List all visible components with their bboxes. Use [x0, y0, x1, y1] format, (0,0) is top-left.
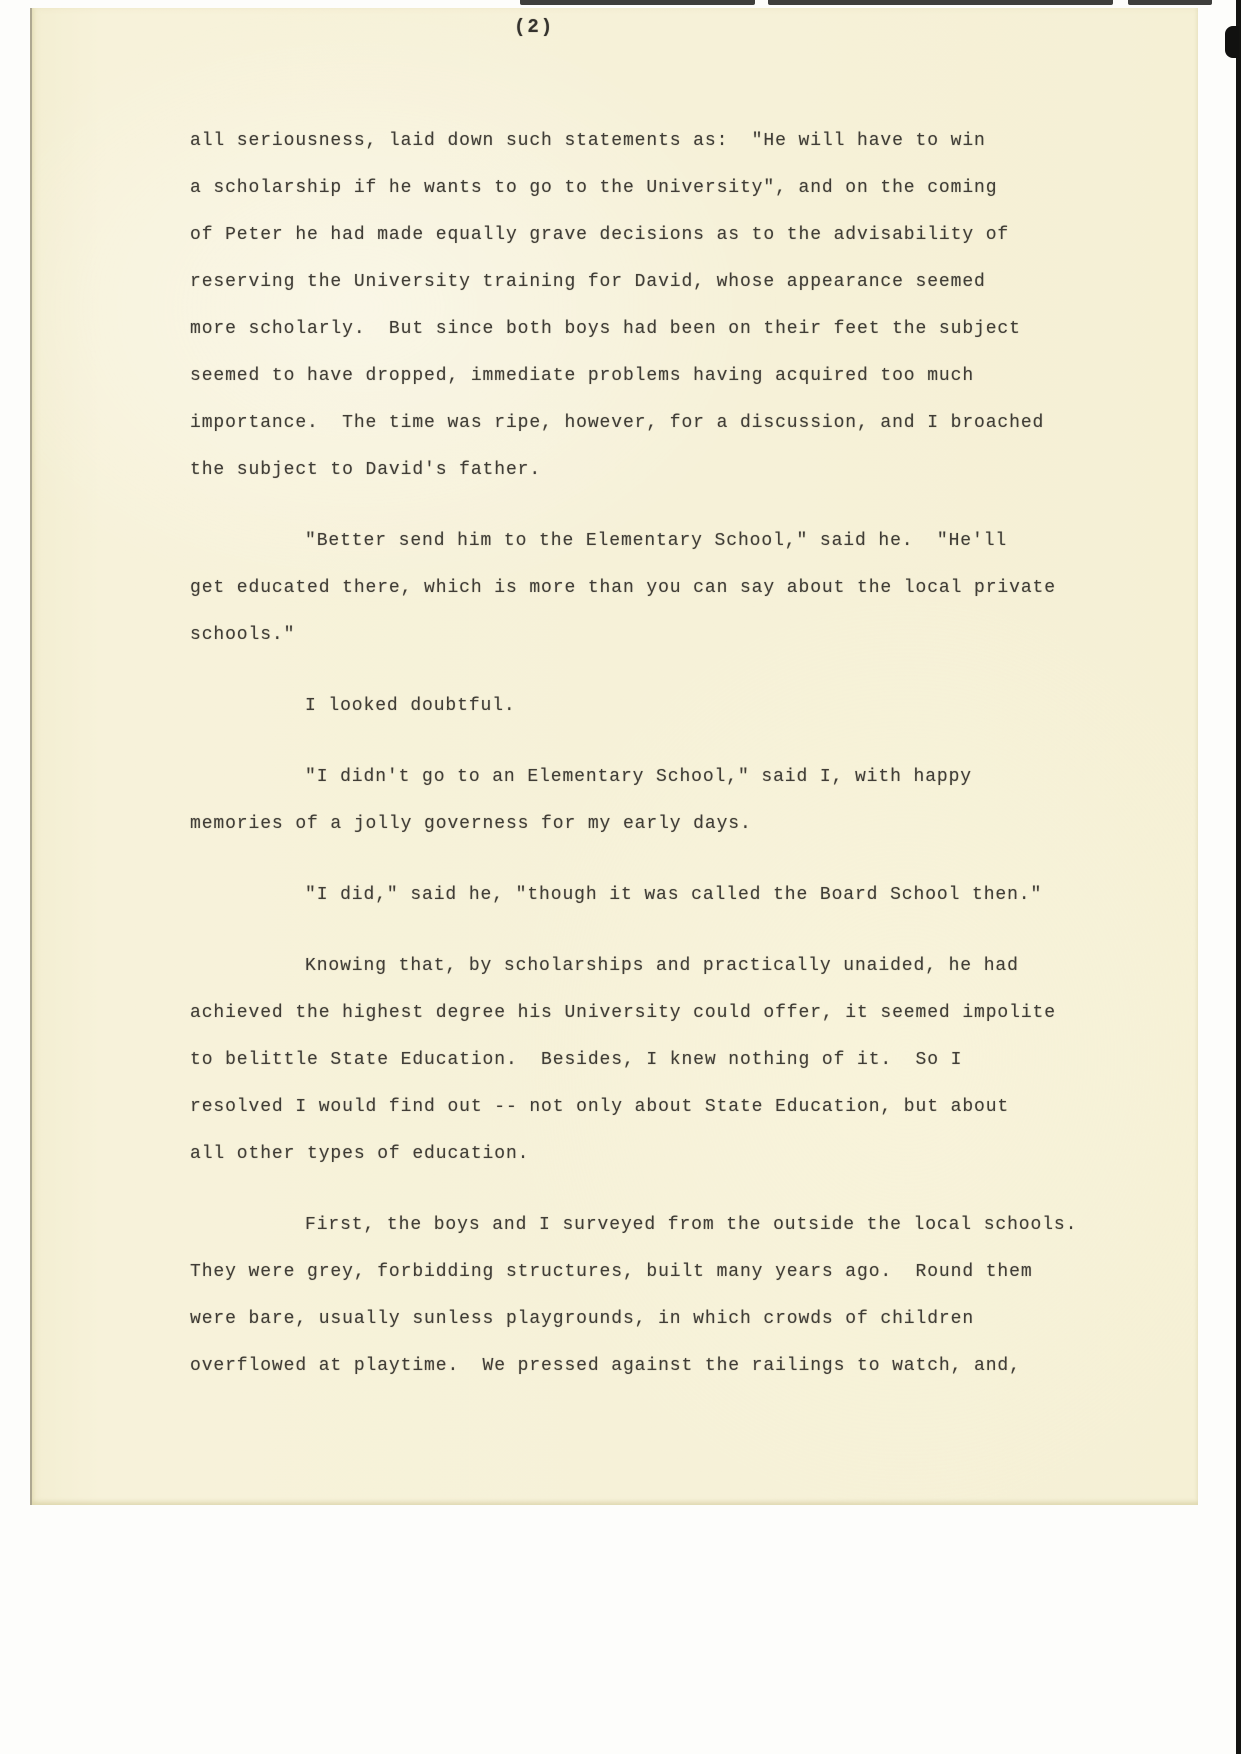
text-line: achieved the highest degree his Universi… — [190, 990, 1090, 1037]
text-line: the subject to David's father. — [190, 447, 1090, 494]
text-line: schools." — [190, 612, 1090, 659]
text-line: get educated there, which is more than y… — [190, 565, 1090, 612]
scan-right-edge-artifact — [1236, 0, 1241, 1754]
text-line: "I did," said he, "though it was called … — [190, 872, 1090, 919]
text-line: resolved I would find out -- not only ab… — [190, 1084, 1090, 1131]
text-line: importance. The time was ripe, however, … — [190, 400, 1090, 447]
scanned-page-background: (2) all seriousness, laid down such stat… — [0, 0, 1241, 1754]
page-number: (2) — [514, 16, 554, 38]
text-line: memories of a jolly governess for my ear… — [190, 801, 1090, 848]
text-line: overflowed at playtime. We pressed again… — [190, 1343, 1090, 1390]
text-line: First, the boys and I surveyed from the … — [190, 1202, 1090, 1249]
paragraph: "I didn't go to an Elementary School," s… — [190, 754, 1090, 848]
text-line: to belittle State Education. Besides, I … — [190, 1037, 1090, 1084]
scan-right-edge-blob — [1225, 26, 1239, 58]
scan-top-edge-artifact — [1128, 0, 1212, 5]
scan-top-edge-artifact — [520, 0, 755, 5]
text-line: reserving the University training for Da… — [190, 259, 1090, 306]
scan-top-edge-artifact — [768, 0, 1113, 5]
text-line: Knowing that, by scholarships and practi… — [190, 943, 1090, 990]
text-line: They were grey, forbidding structures, b… — [190, 1249, 1090, 1296]
text-line: all seriousness, laid down such statemen… — [190, 118, 1090, 165]
paragraph: Knowing that, by scholarships and practi… — [190, 943, 1090, 1178]
text-line: a scholarship if he wants to go to the U… — [190, 165, 1090, 212]
document-body: all seriousness, laid down such statemen… — [190, 118, 1090, 1390]
document-page: (2) all seriousness, laid down such stat… — [30, 8, 1198, 1505]
paragraph: First, the boys and I surveyed from the … — [190, 1202, 1090, 1390]
text-line: "I didn't go to an Elementary School," s… — [190, 754, 1090, 801]
text-line: I looked doubtful. — [190, 683, 1090, 730]
paragraph: all seriousness, laid down such statemen… — [190, 118, 1090, 494]
paragraph: I looked doubtful. — [190, 683, 1090, 730]
text-line: seemed to have dropped, immediate proble… — [190, 353, 1090, 400]
text-line: more scholarly. But since both boys had … — [190, 306, 1090, 353]
text-line: "Better send him to the Elementary Schoo… — [190, 518, 1090, 565]
paragraph: "I did," said he, "though it was called … — [190, 872, 1090, 919]
text-line: all other types of education. — [190, 1131, 1090, 1178]
text-line: of Peter he had made equally grave decis… — [190, 212, 1090, 259]
paragraph: "Better send him to the Elementary Schoo… — [190, 518, 1090, 659]
text-line: were bare, usually sunless playgrounds, … — [190, 1296, 1090, 1343]
